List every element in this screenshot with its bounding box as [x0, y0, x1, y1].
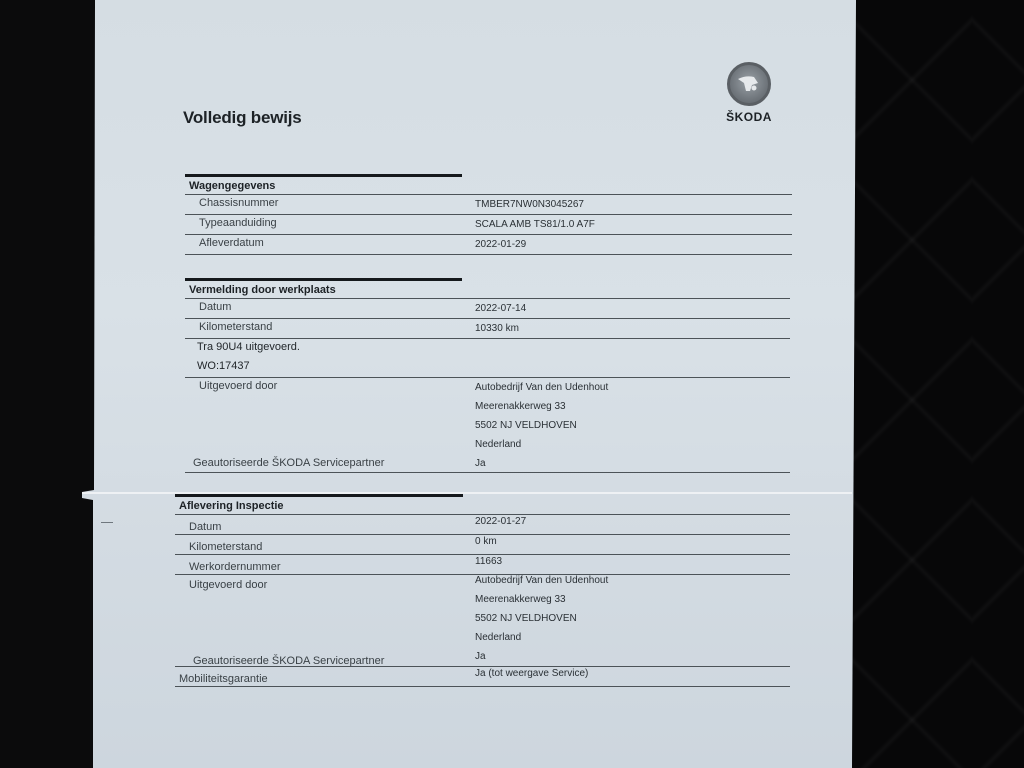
row-value: 2022-07-14: [475, 303, 526, 314]
section-title: Vermelding door werkplaats: [185, 281, 790, 298]
row-value: 0 km: [475, 536, 497, 547]
section-aflevering-inspectie: Aflevering Inspectie Datum 2022-01-27 Ki…: [175, 494, 790, 687]
row-label: Uitgevoerd door: [189, 579, 267, 591]
note-row: WO:17437: [185, 358, 790, 377]
divider: [185, 472, 790, 473]
row-label: Geautoriseerde ŠKODA Servicepartner: [193, 457, 384, 469]
address-line: Meerenakkerweg 33: [475, 594, 566, 605]
table-row: Chassisnummer TMBER7NW0N3045267: [185, 194, 792, 214]
row-value: 2022-01-27: [475, 516, 526, 527]
row-label: Werkordernummer: [189, 561, 281, 573]
table-row: Mobiliteitsgarantie Ja (tot weergave Ser…: [175, 666, 790, 687]
note-row: Tra 90U4 uitgevoerd.: [185, 338, 790, 358]
brand-name: ŠKODA: [724, 110, 774, 124]
row-value: 10330 km: [475, 323, 519, 334]
row-label: Uitgevoerd door: [199, 380, 277, 392]
row-label: Datum: [199, 301, 231, 313]
table-row: Kilometerstand 10330 km: [185, 318, 790, 338]
section-title: Aflevering Inspectie: [175, 497, 790, 514]
table-row: Afleverdatum 2022-01-29: [185, 234, 792, 255]
row-value: Ja: [475, 458, 486, 469]
table-row: Kilometerstand 0 km: [175, 534, 790, 554]
row-label: Kilometerstand: [189, 541, 262, 553]
row-value: Ja (tot weergave Service): [475, 668, 588, 679]
address-line: Autobedrijf Van den Udenhout: [475, 575, 608, 586]
skoda-winged-arrow-icon: [727, 62, 771, 106]
address-line: 5502 NJ VELDHOVEN: [475, 420, 577, 431]
document-title: Volledig bewijs: [183, 108, 302, 128]
fold-mark: [101, 522, 113, 523]
note-text: WO:17437: [197, 360, 250, 372]
note-text: Tra 90U4 uitgevoerd.: [197, 341, 300, 353]
address-line: Autobedrijf Van den Udenhout: [475, 382, 608, 393]
row-value: 11663: [475, 556, 502, 567]
performed-by-row: Uitgevoerd door Autobedrijf Van den Uden…: [175, 574, 790, 660]
address-line: Meerenakkerweg 33: [475, 401, 566, 412]
table-row: Datum 2022-01-27: [175, 514, 790, 534]
performed-by-row: Uitgevoerd door Autobedrijf Van den Uden…: [185, 377, 790, 468]
row-label: Chassisnummer: [199, 197, 278, 209]
table-row: Datum 2022-07-14: [185, 298, 790, 318]
row-value: 2022-01-29: [475, 239, 526, 250]
table-row: Werkordernummer 11663: [175, 554, 790, 574]
address-line: 5502 NJ VELDHOVEN: [475, 613, 577, 624]
section-wagengegevens: Wagengegevens Chassisnummer TMBER7NW0N30…: [185, 174, 792, 255]
row-value: TMBER7NW0N3045267: [475, 199, 584, 210]
row-value: SCALA AMB TS81/1.0 A7F: [475, 219, 595, 230]
background-seat-fabric: [852, 0, 1024, 768]
section-werkplaats: Vermelding door werkplaats Datum 2022-07…: [185, 278, 790, 473]
row-label: Kilometerstand: [199, 321, 272, 333]
table-row: Typeaanduiding SCALA AMB TS81/1.0 A7F: [185, 214, 792, 234]
address-line: Nederland: [475, 632, 521, 643]
row-label: Typeaanduiding: [199, 217, 277, 229]
row-value: Ja: [475, 651, 486, 662]
skoda-logo: ŠKODA: [724, 62, 774, 124]
address-line: Nederland: [475, 439, 521, 450]
row-label: Mobiliteitsgarantie: [179, 673, 268, 685]
section-title: Wagengegevens: [185, 177, 792, 194]
row-label: Datum: [189, 521, 221, 533]
row-label: Afleverdatum: [199, 237, 264, 249]
